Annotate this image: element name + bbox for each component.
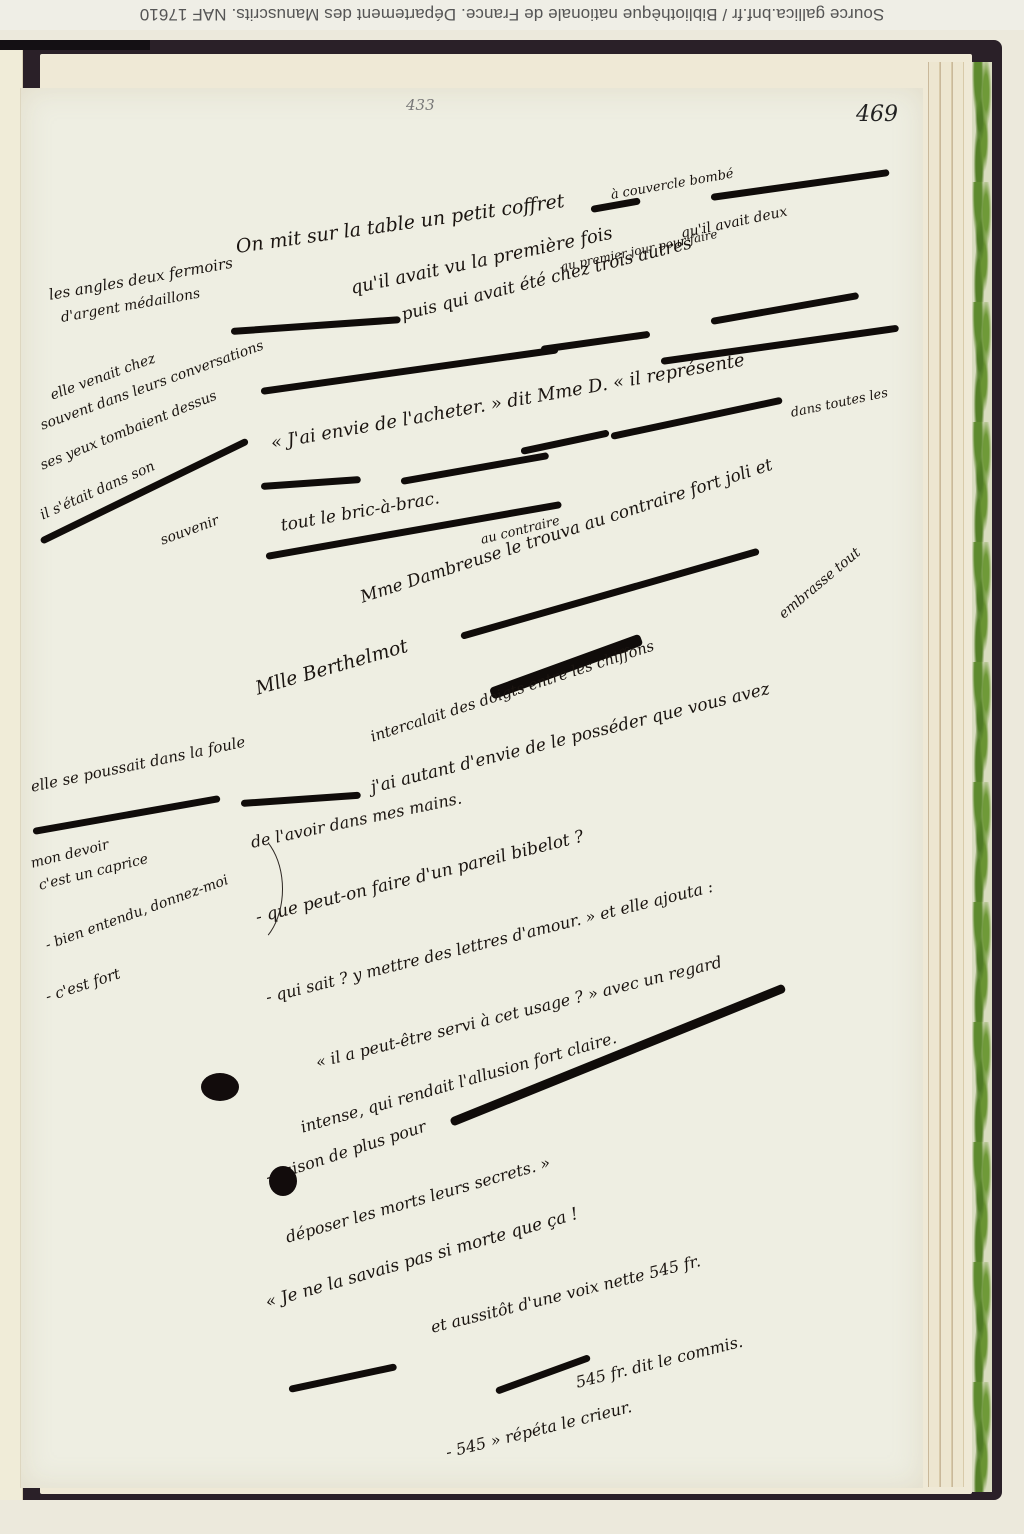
insertion: qu'il avait deux: [679, 204, 789, 242]
manuscript-page: 433 469 à couvercle bombé au premier jou…: [20, 88, 923, 1488]
strikethrough: [610, 397, 783, 440]
marbled-endpaper: [972, 62, 992, 1492]
margin-note: souvenir: [158, 513, 221, 549]
strikethrough: [231, 316, 401, 335]
page-edge: [928, 62, 940, 1487]
source-caption-text: Source gallica.bnf.fr / Bibliothèque nat…: [0, 4, 1024, 24]
strikethrough: [710, 292, 859, 325]
insertion-curve: [201, 828, 283, 950]
manuscript-line: - 545 » répéta le crieur.: [444, 1397, 634, 1462]
ink-blot: [201, 1073, 239, 1101]
strikethrough: [520, 429, 609, 455]
manuscript-line: 545 fr. dit le commis.: [574, 1332, 745, 1392]
folio-number-old: 433: [406, 96, 435, 114]
folio-number: 469: [856, 102, 898, 127]
page-edge: [952, 62, 964, 1487]
strikethrough: [241, 792, 361, 807]
strikethrough: [400, 452, 549, 485]
margin-note: - c'est fort: [43, 964, 122, 1005]
margin-note: elle se poussait dans la foule: [29, 733, 247, 796]
page-edge: [940, 62, 952, 1487]
source-caption: Source gallica.bnf.fr / Bibliothèque nat…: [0, 0, 1024, 30]
strikethrough: [32, 795, 220, 835]
insertion: embrasse tout: [776, 545, 864, 622]
strikethrough: [261, 476, 361, 490]
manuscript-line: - que peut-on faire d'un pareil bibelot …: [254, 827, 586, 928]
insertion: dans toutes les: [789, 386, 889, 421]
manuscript-line: Mlle Berthelmot: [253, 635, 410, 700]
strikethrough: [711, 169, 890, 201]
strikethrough: [261, 346, 559, 395]
manuscript-line: j'ai autant d'envie de le posséder que v…: [369, 679, 772, 798]
binding-edge: [0, 40, 150, 50]
strikethrough: [449, 983, 786, 1126]
manuscript-line: et aussitôt d'une voix nette 545 fr.: [429, 1251, 703, 1337]
ink-blot: [269, 1166, 297, 1196]
manuscript-line: « J'ai envie de l'acheter. » dit Mme D. …: [269, 350, 746, 454]
strikethrough: [288, 1363, 397, 1393]
